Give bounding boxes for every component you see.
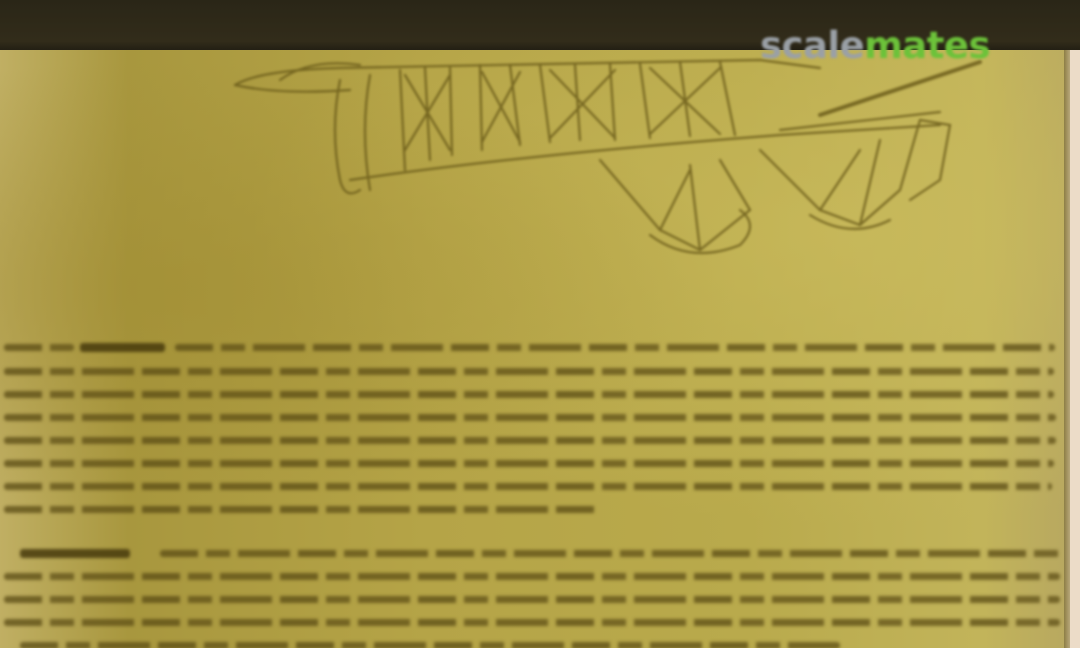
text-line: [4, 460, 1054, 467]
text-line: [4, 619, 1060, 626]
text-line: [4, 368, 1054, 375]
watermark-scale: scale: [760, 24, 864, 67]
watermark-mates: mates: [864, 24, 990, 67]
text-line: [4, 573, 1060, 580]
text-line: [20, 642, 840, 648]
page-margin: [1070, 50, 1080, 648]
text-line: [175, 344, 1055, 351]
text-line: [4, 414, 1056, 421]
paragraph-1-heading: [80, 343, 165, 352]
biplane-sketch-illustration: [220, 50, 1010, 280]
text-line: [4, 344, 74, 351]
paragraph-2-heading: [20, 549, 130, 558]
text-line: [160, 550, 1060, 557]
text-line: [4, 506, 602, 513]
text-line: [4, 391, 1054, 398]
scalemates-watermark: scalemates: [760, 26, 990, 66]
text-line: [4, 483, 1052, 490]
text-line: [4, 596, 1060, 603]
text-line: [4, 437, 1056, 444]
